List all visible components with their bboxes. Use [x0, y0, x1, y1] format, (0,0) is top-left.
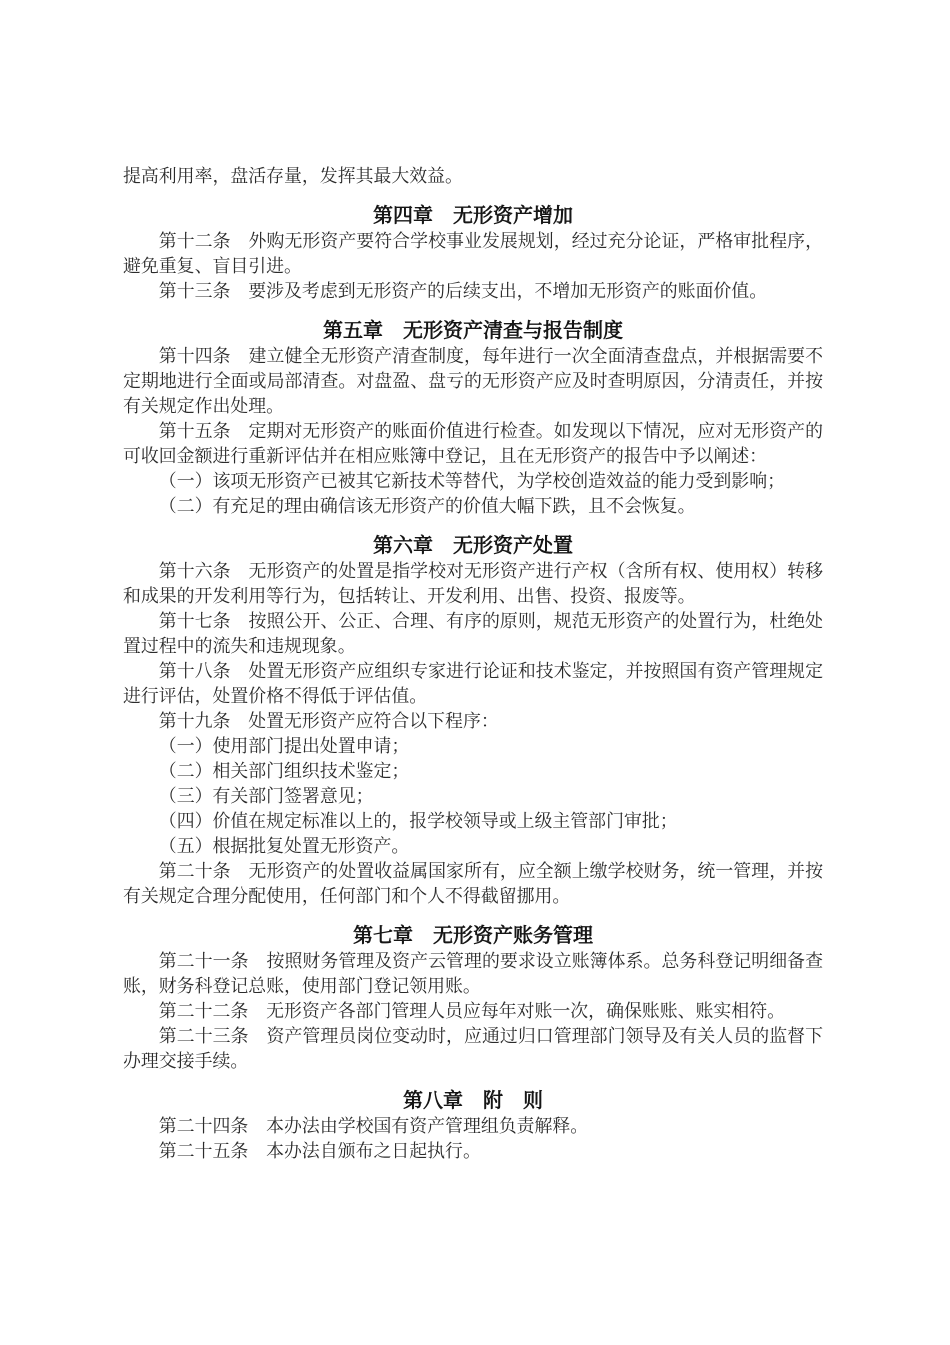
chapter-8-heading: 第八章 附 则	[123, 1088, 823, 1114]
document-page: 提高利用率，盘活存量，发挥其最大效益。 第四章 无形资产增加 第十二条 外购无形…	[0, 0, 950, 1345]
article-23: 第二十三条 资产管理员岗位变动时，应通过归口管理部门领导及有关人员的监督下办理交…	[123, 1024, 823, 1074]
article-12: 第十二条 外购无形资产要符合学校事业发展规划，经过充分论证，严格审批程序，避免重…	[123, 229, 823, 279]
article-20: 第二十条 无形资产的处置收益属国家所有，应全额上缴学校财务，统一管理，并按有关规…	[123, 859, 823, 909]
article-19-item-3: （三）有关部门签署意见；	[123, 784, 823, 809]
article-19-item-1: （一）使用部门提出处置申请；	[123, 734, 823, 759]
chapter-6-heading: 第六章 无形资产处置	[123, 533, 823, 559]
article-19: 第十九条 处置无形资产应符合以下程序：	[123, 709, 823, 734]
article-19-item-2: （二）相关部门组织技术鉴定；	[123, 759, 823, 784]
chapter-4-heading: 第四章 无形资产增加	[123, 203, 823, 229]
paragraph-continuation: 提高利用率，盘活存量，发挥其最大效益。	[123, 164, 823, 189]
article-16: 第十六条 无形资产的处置是指学校对无形资产进行产权（含所有权、使用权）转移和成果…	[123, 559, 823, 609]
article-19-item-4: （四）价值在规定标准以上的，报学校领导或上级主管部门审批；	[123, 809, 823, 834]
chapter-5-heading: 第五章 无形资产清查与报告制度	[123, 318, 823, 344]
article-17: 第十七条 按照公开、公正、合理、有序的原则，规范无形资产的处置行为，杜绝处置过程…	[123, 609, 823, 659]
chapter-7-heading: 第七章 无形资产账务管理	[123, 923, 823, 949]
article-22: 第二十二条 无形资产各部门管理人员应每年对账一次，确保账账、账实相符。	[123, 999, 823, 1024]
article-19-item-5: （五）根据批复处置无形资产。	[123, 834, 823, 859]
document-body: 提高利用率，盘活存量，发挥其最大效益。 第四章 无形资产增加 第十二条 外购无形…	[123, 164, 823, 1164]
article-14: 第十四条 建立健全无形资产清查制度，每年进行一次全面清查盘点，并根据需要不定期地…	[123, 344, 823, 419]
article-24: 第二十四条 本办法由学校国有资产管理组负责解释。	[123, 1114, 823, 1139]
article-21: 第二十一条 按照财务管理及资产云管理的要求设立账簿体系。总务科登记明细备查账，财…	[123, 949, 823, 999]
article-15: 第十五条 定期对无形资产的账面价值进行检查。如发现以下情况，应对无形资产的可收回…	[123, 419, 823, 469]
article-13: 第十三条 要涉及考虑到无形资产的后续支出，不增加无形资产的账面价值。	[123, 279, 823, 304]
article-15-item-2: （二）有充足的理由确信该无形资产的价值大幅下跌，且不会恢复。	[123, 494, 823, 519]
article-15-item-1: （一）该项无形资产已被其它新技术等替代，为学校创造效益的能力受到影响；	[123, 469, 823, 494]
article-18: 第十八条 处置无形资产应组织专家进行论证和技术鉴定，并按照国有资产管理规定进行评…	[123, 659, 823, 709]
article-25: 第二十五条 本办法自颁布之日起执行。	[123, 1139, 823, 1164]
